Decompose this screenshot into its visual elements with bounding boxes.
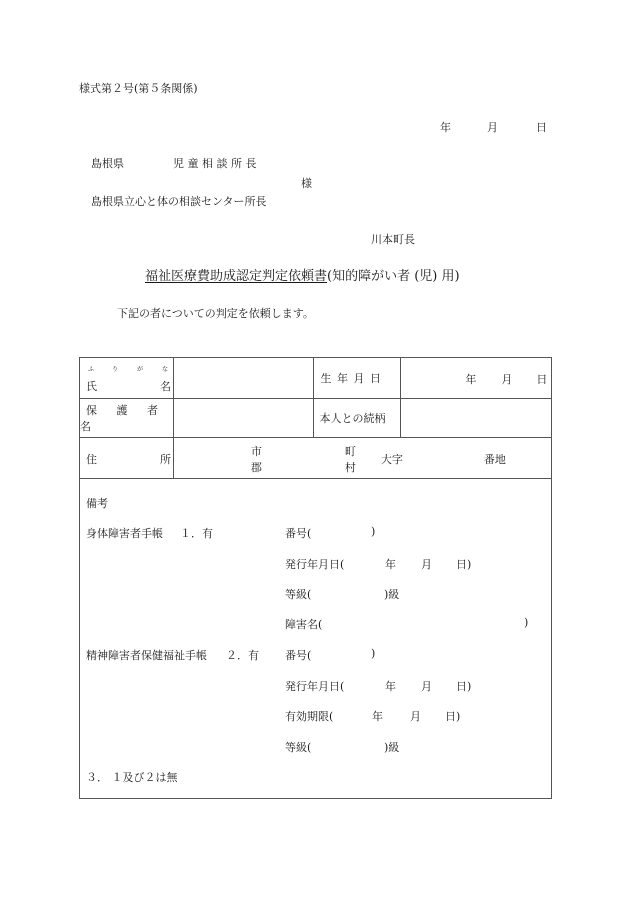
- physical-number-label: 番号(: [285, 525, 311, 541]
- mental-issue-year: 年: [385, 678, 396, 694]
- date-year: 年: [440, 119, 451, 135]
- dob-input-cell[interactable]: 年 月 日: [401, 358, 552, 399]
- addressee-honorific: 様: [301, 175, 312, 191]
- document-title: 福祉医療費助成認定判定依頼書(知的障がい者 (児) 用): [145, 265, 460, 284]
- physical-number-close: ): [371, 525, 375, 538]
- address-label-left: 住: [86, 451, 97, 467]
- address-oaza: 大字: [381, 451, 403, 467]
- address-village: 村: [345, 459, 356, 475]
- mental-number-label: 番号(: [285, 647, 311, 663]
- relation-label-cell: 本人との続柄: [314, 399, 401, 438]
- table-row-remarks: 備考 身体障害者手帳 １．有 番号( ) 発行年月日( 年 月 日) 等級( )…: [80, 479, 552, 799]
- dob-label-cell: 生 年 月 日: [314, 358, 401, 399]
- relation-label: 本人との続柄: [314, 412, 385, 425]
- furigana-char: が: [137, 364, 143, 373]
- table-row-name: ふ り が な 氏 名 生 年 月 日 年 月 日: [80, 358, 552, 399]
- addressee-office: 児 童 相 談 所 長: [173, 155, 256, 171]
- mental-handbook-label: 精神障害者保健福祉手帳: [86, 647, 207, 663]
- document-title-main: 福祉医療費助成認定判定依頼書: [145, 269, 327, 284]
- relation-input-cell[interactable]: [401, 399, 552, 438]
- table-row-address: 住 所 市 郡 町 村 大字 番地: [80, 438, 552, 479]
- mental-issue-month: 月: [421, 678, 432, 694]
- name-label-right: 名: [160, 378, 171, 394]
- guardian-label-cell: 保 護 者 名: [80, 399, 174, 438]
- remarks-cell: 備考 身体障害者手帳 １．有 番号( ) 発行年月日( 年 月 日) 等級( )…: [80, 479, 552, 799]
- mental-expiry-month: 月: [410, 708, 421, 724]
- physical-handbook-option[interactable]: １．有: [180, 525, 213, 541]
- mental-number-close: ): [371, 647, 375, 660]
- address-banchi: 番地: [484, 451, 506, 467]
- guardian-label: 保 護 者 名: [80, 404, 166, 433]
- physical-issue-date-label: 発行年月日(: [285, 556, 344, 572]
- furigana-char: な: [162, 364, 168, 373]
- mental-expiry-day: 日): [445, 708, 460, 724]
- guardian-input-cell[interactable]: [173, 399, 314, 438]
- name-label-cell: ふ り が な 氏 名: [80, 358, 174, 399]
- physical-disability-close: ): [524, 616, 528, 629]
- physical-issue-month: 月: [421, 556, 432, 572]
- dob-month: 月: [501, 371, 512, 387]
- name-label-left: 氏: [86, 378, 97, 394]
- address-label-cell: 住 所: [80, 438, 174, 479]
- address-label-right: 所: [160, 451, 171, 467]
- date-day: 日: [536, 119, 547, 135]
- mental-grade-label: 等級(: [285, 739, 311, 755]
- name-input-cell[interactable]: [173, 358, 314, 399]
- physical-disability-label: 障害名(: [285, 616, 322, 632]
- document-title-suffix: (知的障がい者 (児) 用): [327, 269, 460, 284]
- mental-expiry-label: 有効期限(: [285, 708, 333, 724]
- remarks-label: 備考: [86, 495, 108, 511]
- address-town: 町: [345, 443, 356, 459]
- intro-text: 下記の者についての判定を依頼します。: [117, 305, 314, 321]
- mental-expiry-year: 年: [372, 708, 383, 724]
- mental-handbook-option[interactable]: ２．有: [226, 647, 259, 663]
- mental-grade-close: )級: [384, 739, 399, 755]
- request-form-table: ふ り が な 氏 名 生 年 月 日 年 月 日 保 護 者 名 本人との続柄: [79, 357, 552, 799]
- address-county: 郡: [251, 459, 262, 475]
- physical-grade-label: 等級(: [285, 586, 311, 602]
- mental-issue-date-label: 発行年月日(: [285, 678, 344, 694]
- furigana-char: り: [112, 364, 118, 373]
- addressee-center: 島根県立心と体の相談センター所長: [91, 193, 267, 209]
- physical-issue-year: 年: [385, 556, 396, 572]
- dob-label: 生 年 月 日: [314, 372, 382, 385]
- furigana-char: ふ: [88, 364, 94, 373]
- no-handbook-option[interactable]: ３． １及び２は無: [86, 769, 178, 785]
- dob-day: 日: [536, 371, 547, 387]
- address-input-cell[interactable]: 市 郡 町 村 大字 番地: [173, 438, 551, 479]
- date-month: 月: [487, 119, 498, 135]
- physical-handbook-label: 身体障害者手帳: [86, 525, 163, 541]
- form-number: 様式第２号(第５条関係): [79, 80, 198, 96]
- physical-issue-day: 日): [456, 556, 471, 572]
- physical-grade-close: )級: [384, 586, 399, 602]
- table-row-guardian: 保 護 者 名 本人との続柄: [80, 399, 552, 438]
- sender: 川本町長: [371, 231, 415, 247]
- addressee-prefecture: 島根県: [91, 155, 124, 171]
- dob-year: 年: [465, 371, 476, 387]
- address-city: 市: [251, 443, 262, 459]
- mental-issue-day: 日): [456, 678, 471, 694]
